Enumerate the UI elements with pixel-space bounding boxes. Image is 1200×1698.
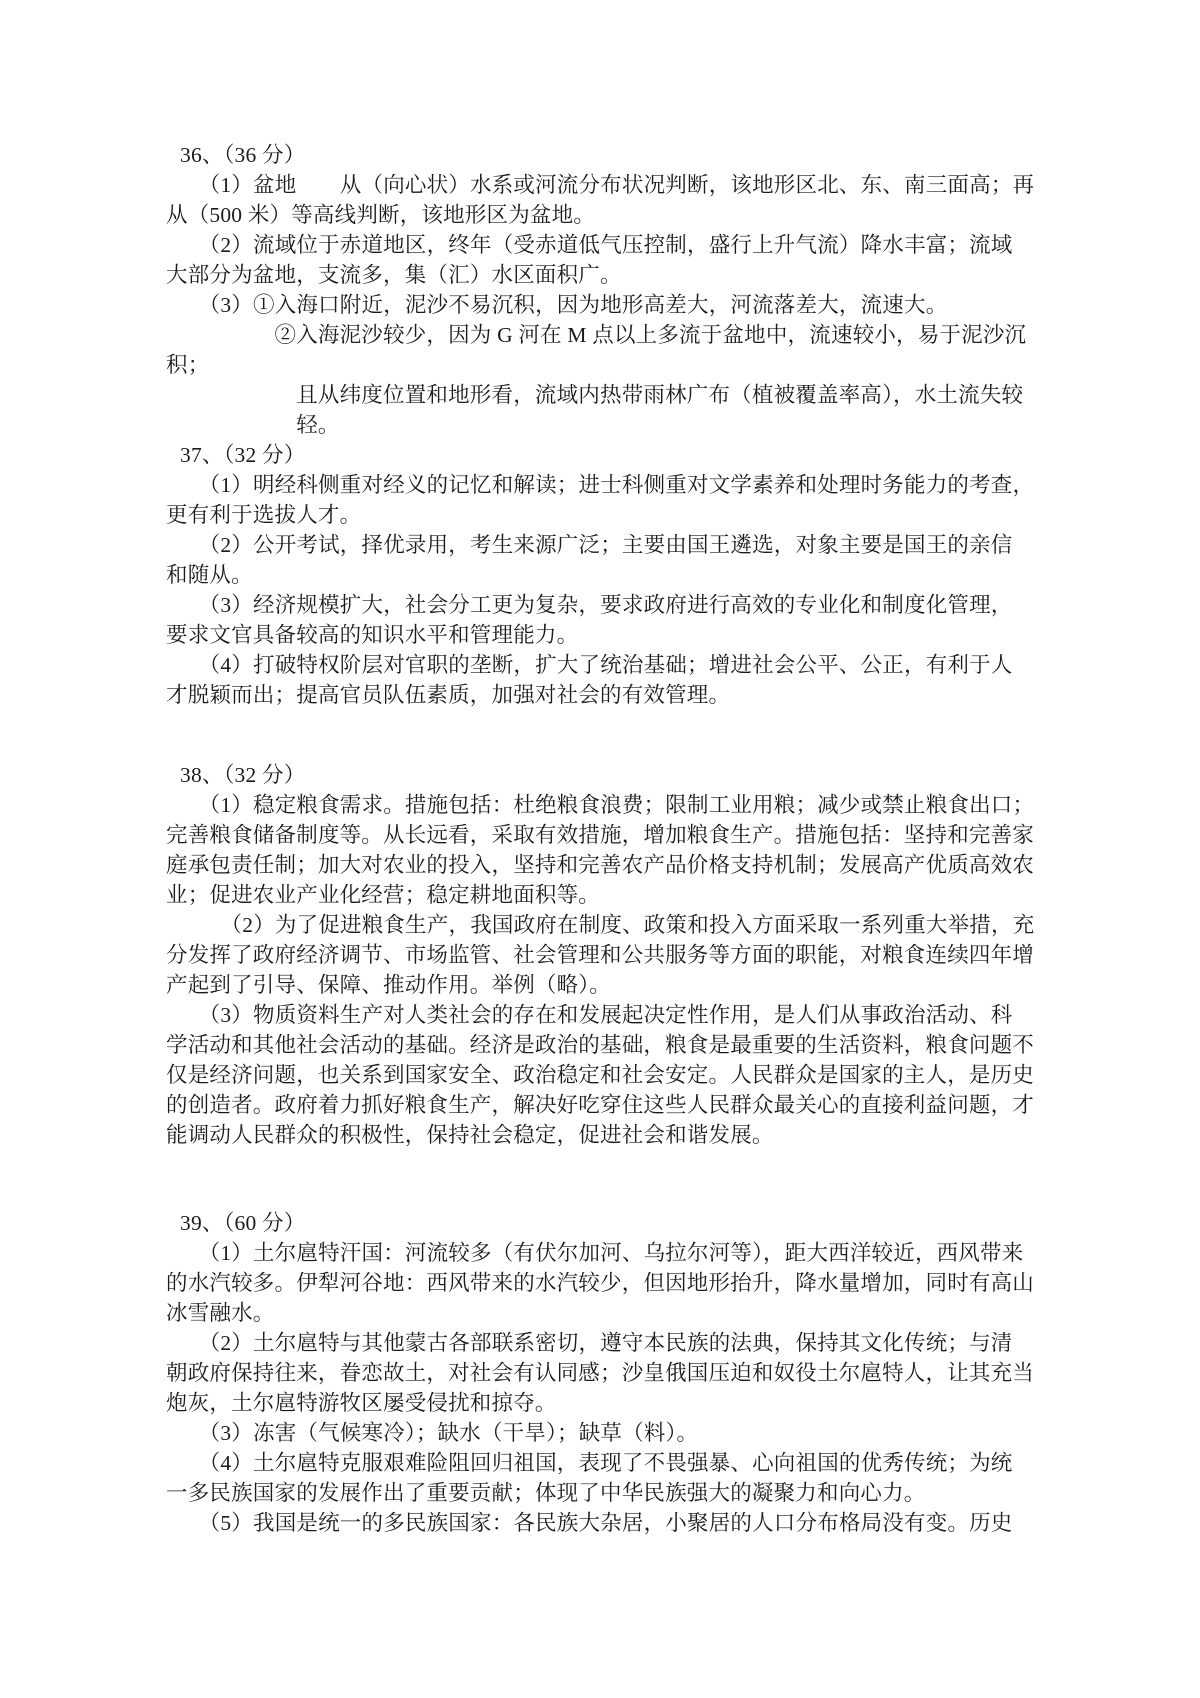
- question-37-answer-text: （1）明经科侧重对经义的记忆和解读；进士科侧重对文学素养和处理时务能力的考查， …: [166, 470, 1042, 710]
- question-36-heading: 36、（36 分）: [166, 140, 1042, 170]
- question-38-answer-text: （1）稳定粮食需求。措施包括：杜绝粮食浪费；限制工业用粮；减少或禁止粮食出口； …: [166, 790, 1042, 1150]
- document-content: 36、（36 分） （1）盆地 从（向心状）水系或河流分布状况判断，该地形区北、…: [0, 0, 1200, 1538]
- question-38-heading: 38、（32 分）: [166, 760, 1042, 790]
- question-39-heading: 39、（60 分）: [166, 1208, 1042, 1238]
- question-39-answer-text: （1）土尔扈特汗国：河流较多（有伏尔加河、乌拉尔河等），距大西洋较近，西风带来 …: [166, 1238, 1042, 1538]
- document-page: 36、（36 分） （1）盆地 从（向心状）水系或河流分布状况判断，该地形区北、…: [0, 0, 1200, 1698]
- section-question-39: 39、（60 分） （1）土尔扈特汗国：河流较多（有伏尔加河、乌拉尔河等），距大…: [166, 1208, 1042, 1538]
- question-37-heading: 37、（32 分）: [166, 440, 1042, 470]
- section-question-36: 36、（36 分） （1）盆地 从（向心状）水系或河流分布状况判断，该地形区北、…: [166, 140, 1042, 440]
- section-question-37: 37、（32 分） （1）明经科侧重对经义的记忆和解读；进士科侧重对文学素养和处…: [166, 440, 1042, 710]
- question-36-answer-text: （1）盆地 从（向心状）水系或河流分布状况判断，该地形区北、东、南三面高；再 从…: [166, 170, 1042, 440]
- section-question-38: 38、（32 分） （1）稳定粮食需求。措施包括：杜绝粮食浪费；限制工业用粮；减…: [166, 760, 1042, 1150]
